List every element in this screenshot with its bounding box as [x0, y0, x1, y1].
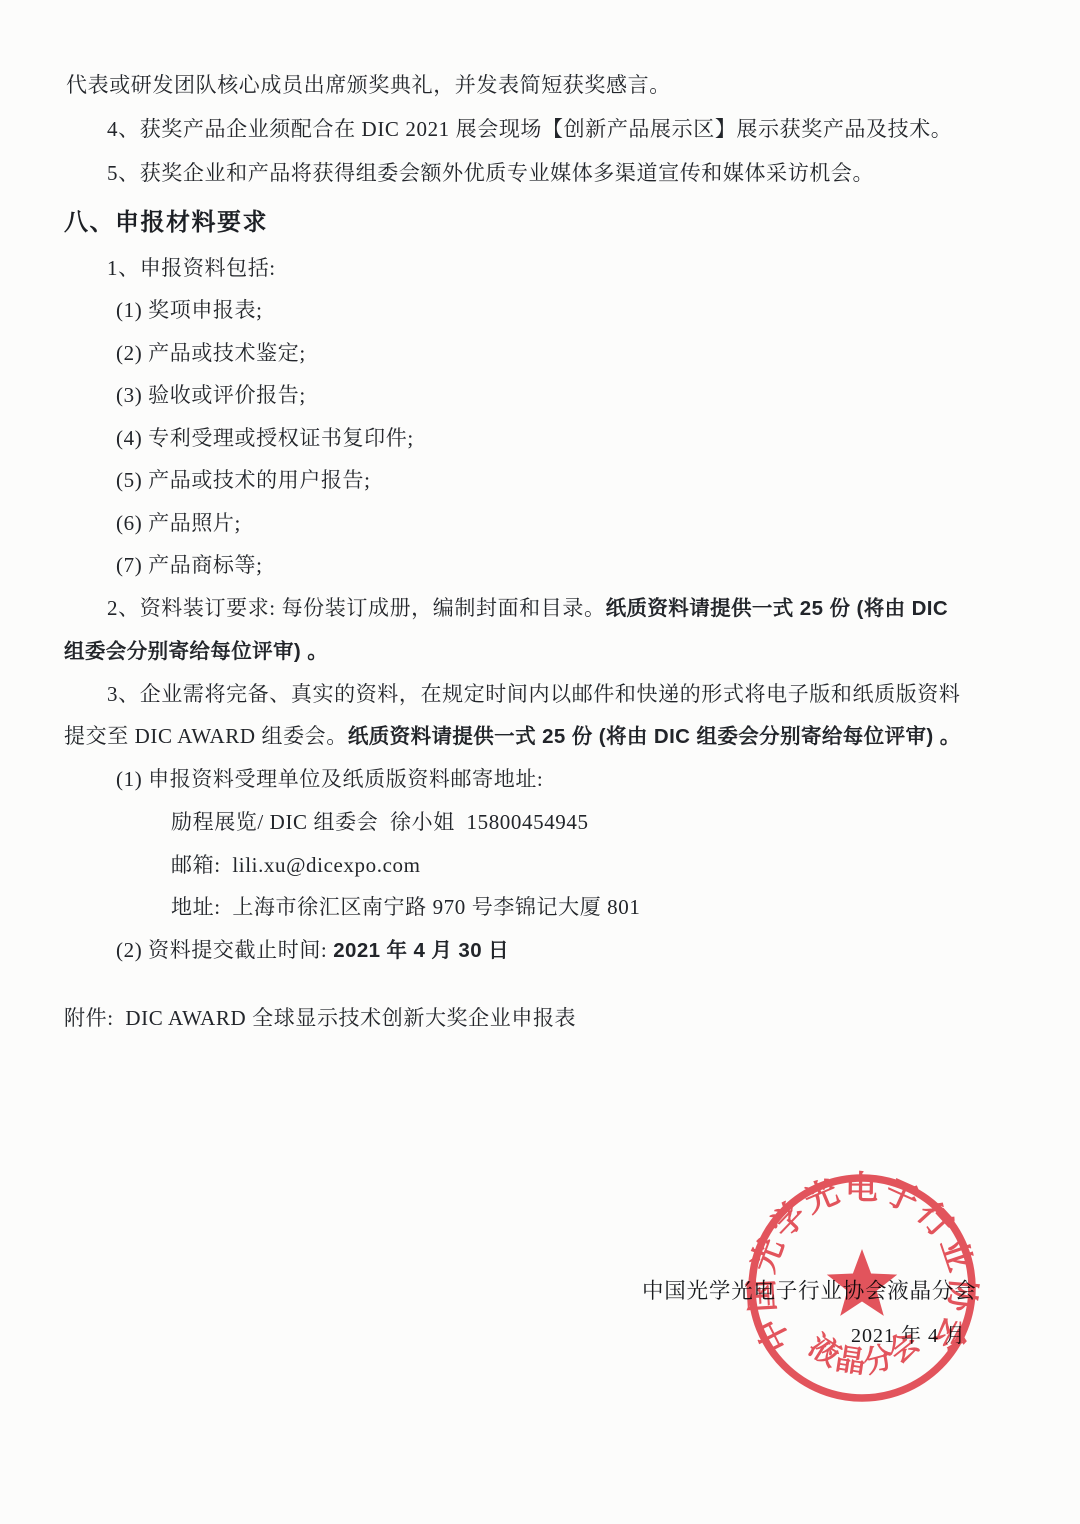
- list-item: 2、资料装订要求: 每份装订成册，编制封面和目录。纸质资料请提供一式 25 份 …: [107, 595, 948, 622]
- line-text: (2) 产品或技术鉴定;: [116, 341, 306, 365]
- line-text: (3) 验收或评价报告;: [116, 383, 306, 407]
- official-seal-stamp: 中国光学光电子行业协会 液晶分会: [740, 1166, 984, 1410]
- list-item: (6) 产品照片;: [116, 510, 241, 537]
- line-text: (6) 产品照片;: [116, 511, 241, 535]
- doc-line: 代表或研发团队核心成员出席颁奖典礼，并发表简短获奖感言。: [66, 72, 671, 99]
- line-text: (4) 专利受理或授权证书复印件;: [116, 426, 414, 450]
- attachment-line: 附件: DIC AWARD 全球显示技术创新大奖企业申报表: [64, 1005, 576, 1032]
- line-text: (7) 产品商标等;: [116, 553, 263, 577]
- line-text: 2、资料装订要求: 每份装订成册，编制封面和目录。: [107, 596, 606, 620]
- line-text: 1、申报资料包括:: [107, 256, 276, 280]
- contact-text: 励程展览/ DIC 组委会 徐小姐 15800454945: [171, 810, 589, 834]
- doc-line: 组委会分别寄给每位评审) 。: [64, 638, 328, 665]
- address-line: 地址: 上海市徐汇区南宁路 970 号李锦记大厦 801: [171, 894, 640, 921]
- line-text: 5、获奖企业和产品将获得组委会额外优质专业媒体多渠道宣传和媒体采访机会。: [107, 161, 874, 185]
- line-text: 代表或研发团队核心成员出席颁奖典礼，并发表简短获奖感言。: [66, 73, 671, 97]
- line-text: (1) 奖项申报表;: [116, 298, 263, 322]
- email-line: 邮箱: lili.xu@dicexpo.com: [171, 852, 421, 879]
- line-text: (1) 申报资料受理单位及纸质版资料邮寄地址:: [116, 767, 543, 791]
- list-item: 3、企业需将完备、真实的资料，在规定时间内以邮件和快递的形式将电子版和纸质版资料: [107, 681, 961, 708]
- email-text: 邮箱: lili.xu@dicexpo.com: [171, 853, 421, 877]
- attachment-text: 附件: DIC AWARD 全球显示技术创新大奖企业申报表: [64, 1006, 576, 1030]
- bold-emphasis-text: 纸质资料请提供一式 25 份 (将由 DIC: [606, 597, 949, 620]
- star-icon: [827, 1249, 897, 1316]
- list-item: 4、获奖产品企业须配合在 DIC 2021 展会现场【创新产品展示区】展示获奖产…: [107, 116, 952, 143]
- address-text: 地址: 上海市徐汇区南宁路 970 号李锦记大厦 801: [171, 895, 640, 919]
- scanned-document-page: 代表或研发团队核心成员出席颁奖典礼，并发表简短获奖感言。 4、获奖产品企业须配合…: [0, 0, 1080, 1524]
- bold-emphasis-text: 组委会分别寄给每位评审) 。: [64, 640, 328, 663]
- bold-emphasis-text: 纸质资料请提供一式 25 份 (将由 DIC 组委会分别寄给每位评审) 。: [348, 725, 961, 748]
- deadline-date-text: 2021 年 4 月 30 日: [333, 939, 509, 962]
- list-item: (1) 申报资料受理单位及纸质版资料邮寄地址:: [116, 766, 543, 793]
- list-item: (5) 产品或技术的用户报告;: [116, 467, 371, 494]
- line-text: (5) 产品或技术的用户报告;: [116, 468, 371, 492]
- contact-line: 励程展览/ DIC 组委会 徐小姐 15800454945: [171, 809, 589, 836]
- section-heading: 八、申报材料要求: [64, 202, 268, 237]
- line-text: 提交至 DIC AWARD 组委会。: [64, 724, 348, 748]
- deadline-line: (2) 资料提交截止时间: 2021 年 4 月 30 日: [116, 937, 509, 964]
- list-item: (1) 奖项申报表;: [116, 297, 263, 324]
- line-text: (2) 资料提交截止时间:: [116, 938, 333, 962]
- list-item: (3) 验收或评价报告;: [116, 382, 306, 409]
- list-item: (4) 专利受理或授权证书复印件;: [116, 425, 414, 452]
- list-item: 1、申报资料包括:: [107, 255, 276, 282]
- line-text: 4、获奖产品企业须配合在 DIC 2021 展会现场【创新产品展示区】展示获奖产…: [107, 117, 952, 141]
- list-item: (2) 产品或技术鉴定;: [116, 340, 306, 367]
- list-item: 5、获奖企业和产品将获得组委会额外优质专业媒体多渠道宣传和媒体采访机会。: [107, 160, 874, 187]
- list-item: (7) 产品商标等;: [116, 552, 263, 579]
- seal-bottom-text: 液晶分会: [803, 1325, 927, 1381]
- line-text: 3、企业需将完备、真实的资料，在规定时间内以邮件和快递的形式将电子版和纸质版资料: [107, 682, 961, 706]
- doc-line: 提交至 DIC AWARD 组委会。纸质资料请提供一式 25 份 (将由 DIC…: [64, 723, 961, 750]
